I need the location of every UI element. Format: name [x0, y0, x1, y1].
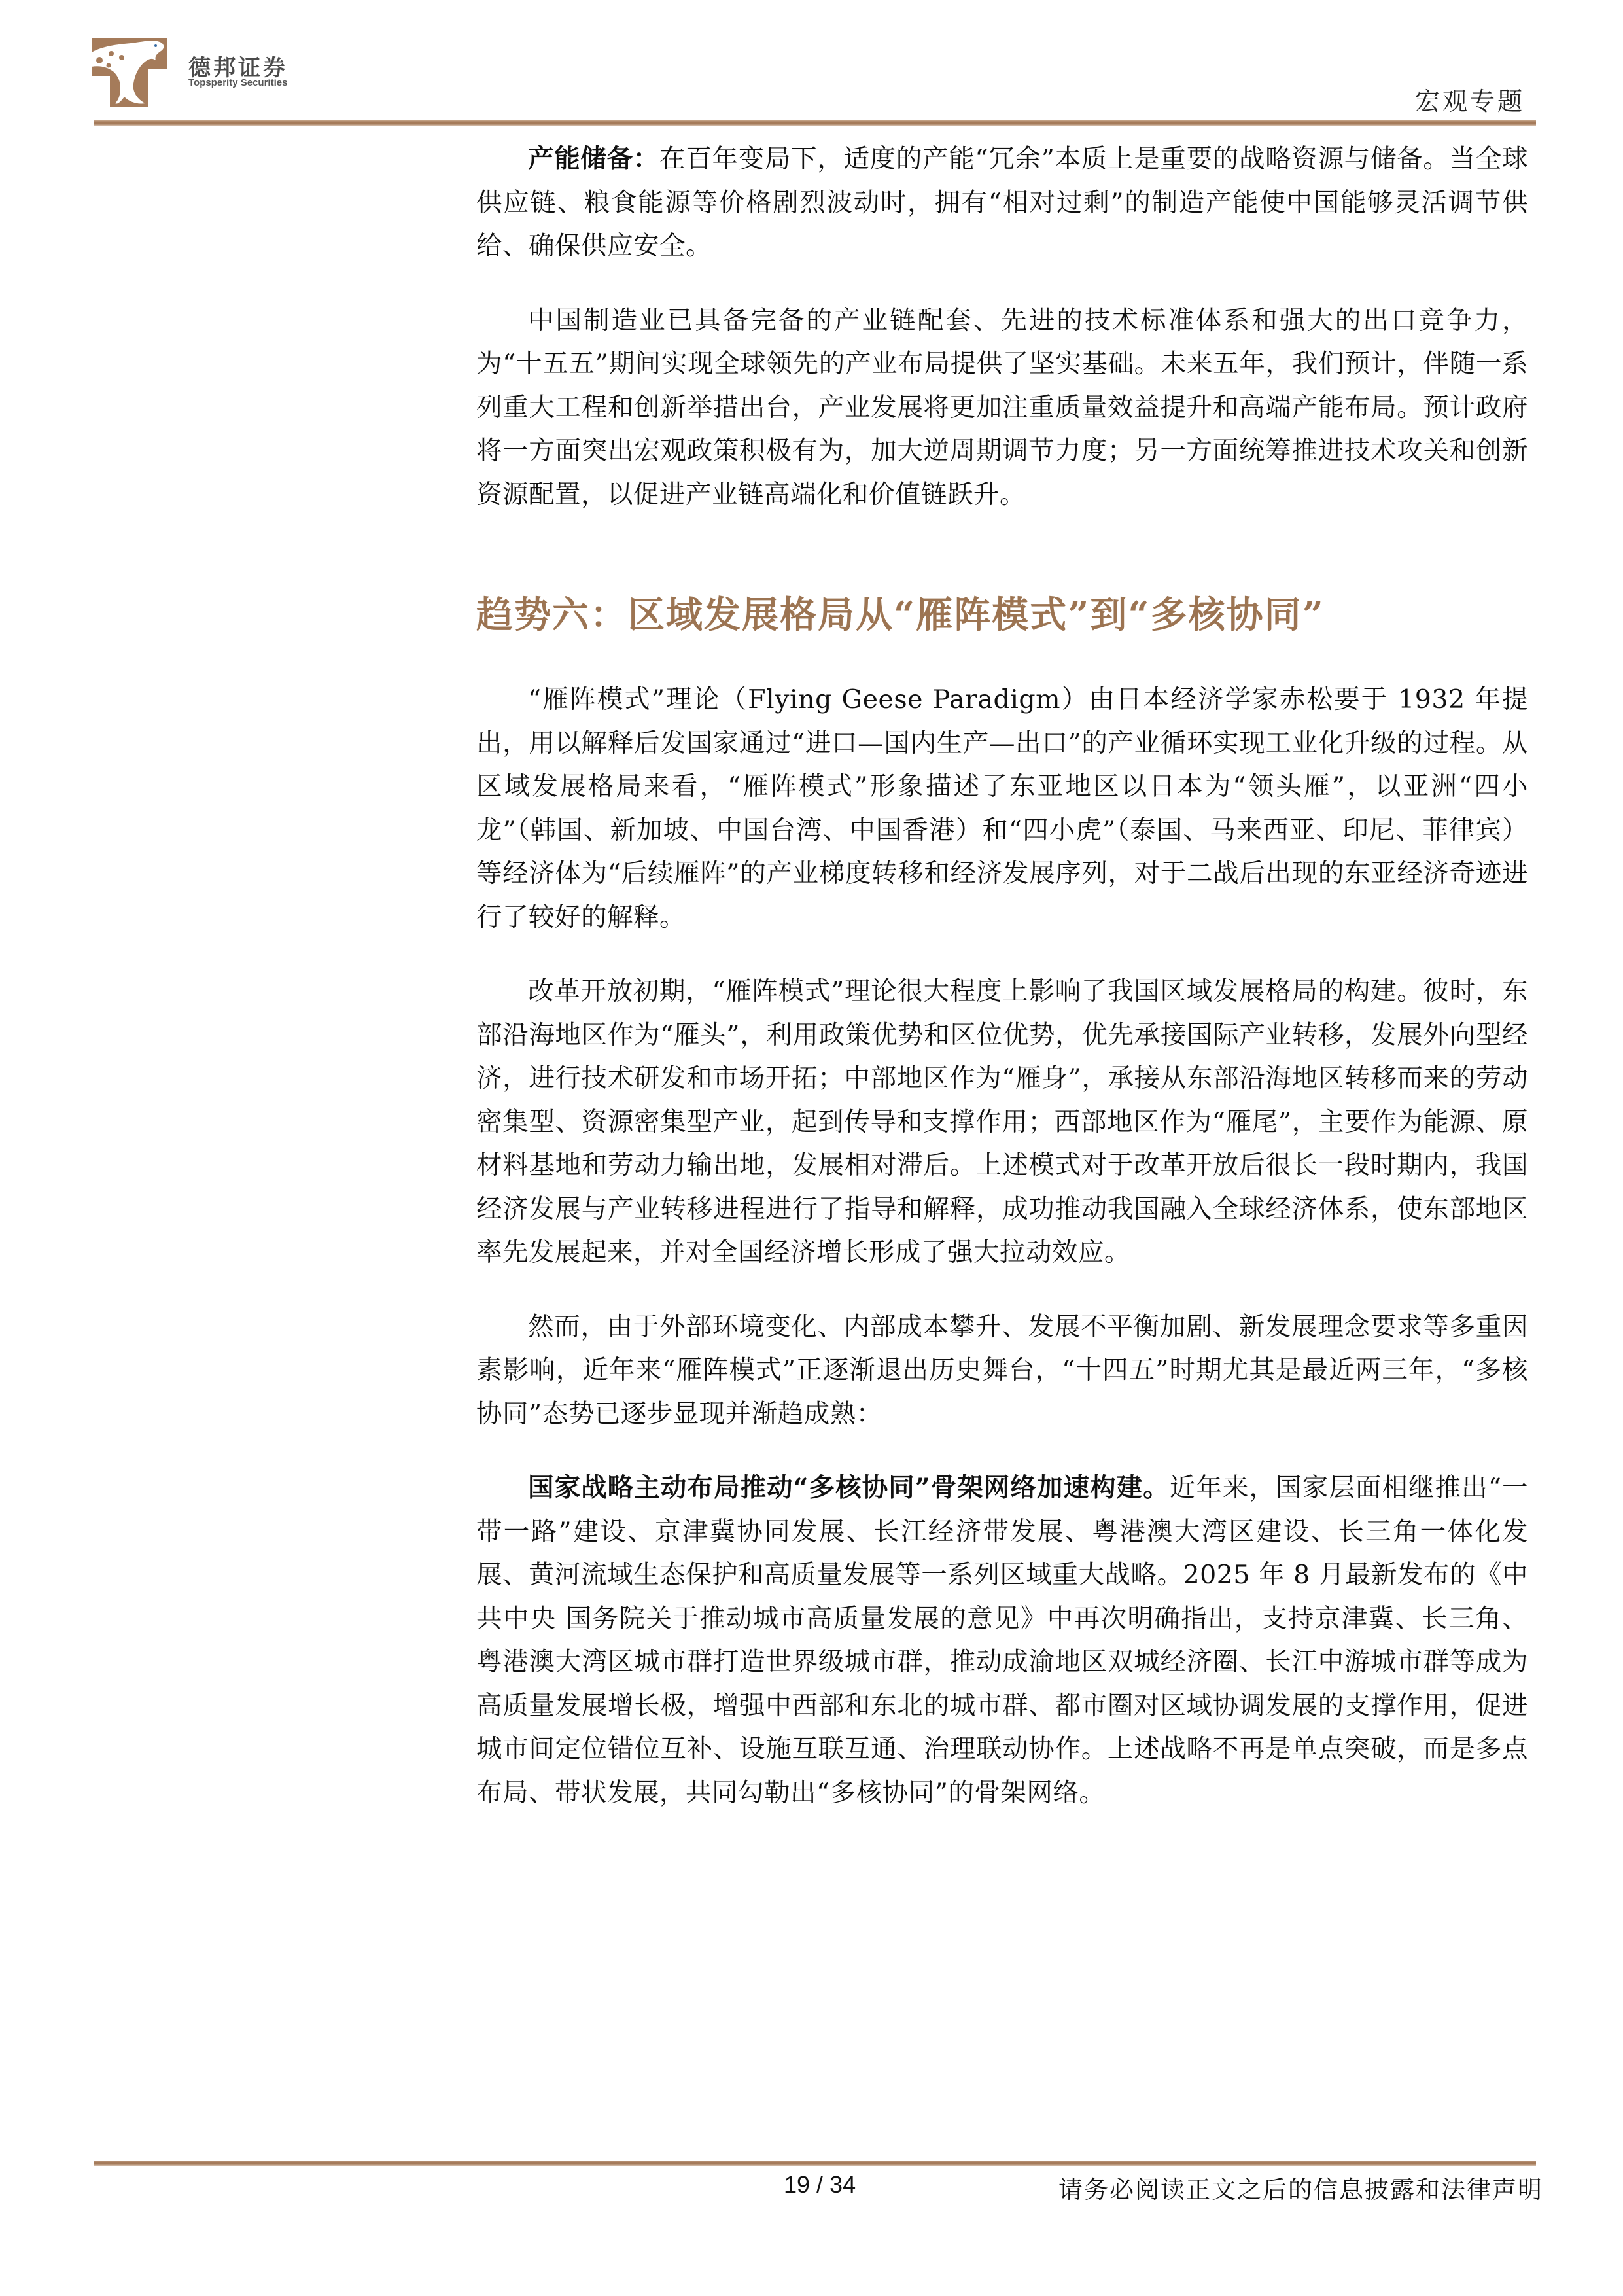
leopard-logo-icon [92, 38, 167, 107]
paragraph-lead: 产能储备： [528, 144, 659, 174]
paragraph-text: “雁阵模式”理论（Flying Geese Paradigm）由日本经济学家赤松… [476, 684, 1528, 932]
paragraph-reform-era: 改革开放初期，“雁阵模式”理论很大程度上影响了我国区域发展格局的构建。彼时，东部… [476, 970, 1528, 1275]
header-divider [94, 120, 1536, 126]
page-number: 19 / 34 [784, 2171, 856, 2199]
paragraph-lead: 国家战略主动布局推动“多核协同”骨架网络加速构建。 [528, 1473, 1170, 1503]
paragraph-text: 然而，由于外部环境变化、内部成本攀升、发展不平衡加剧、新发展理念要求等多重因素影… [476, 1312, 1528, 1429]
paragraph-flying-geese-theory: “雁阵模式”理论（Flying Geese Paradigm）由日本经济学家赤松… [476, 678, 1528, 939]
document-body: 产能储备：在百年变局下，适度的产能“冗余”本质上是重要的战略资源与储备。当全球供… [476, 137, 1528, 1814]
company-logo: 德邦证券 Topsperity Securities [92, 38, 314, 110]
report-type-label: 宏观专题 [1415, 81, 1525, 117]
paragraph-national-strategy: 国家战略主动布局推动“多核协同”骨架网络加速构建。近年来，国家层面相继推出“一带… [476, 1466, 1528, 1814]
paragraph-text: 近年来，国家层面相继推出“一带一路”建设、京津冀协同发展、长江经济带发展、粤港澳… [476, 1473, 1528, 1808]
logo-name-en: Topsperity Securities [188, 77, 287, 88]
paragraph-capacity-reserve: 产能储备：在百年变局下，适度的产能“冗余”本质上是重要的战略资源与储备。当全球供… [476, 137, 1528, 268]
footer-divider [94, 2161, 1536, 2166]
paragraph-text: 中国制造业已具备完备的产业链配套、先进的技术标准体系和强大的出口竞争力，为“十五… [476, 306, 1528, 510]
section-heading: 趋势六：区域发展格局从“雁阵模式”到“多核协同” [476, 592, 1528, 639]
legal-disclaimer: 请务必阅读正文之后的信息披露和法律声明 [1058, 2170, 1543, 2205]
paragraph-transition: 然而，由于外部环境变化、内部成本攀升、发展不平衡加剧、新发展理念要求等多重因素影… [476, 1305, 1528, 1436]
paragraph-text: 改革开放初期，“雁阵模式”理论很大程度上影响了我国区域发展格局的构建。彼时，东部… [476, 976, 1528, 1267]
paragraph-manufacturing: 中国制造业已具备完备的产业链配套、先进的技术标准体系和强大的出口竞争力，为“十五… [476, 299, 1528, 517]
